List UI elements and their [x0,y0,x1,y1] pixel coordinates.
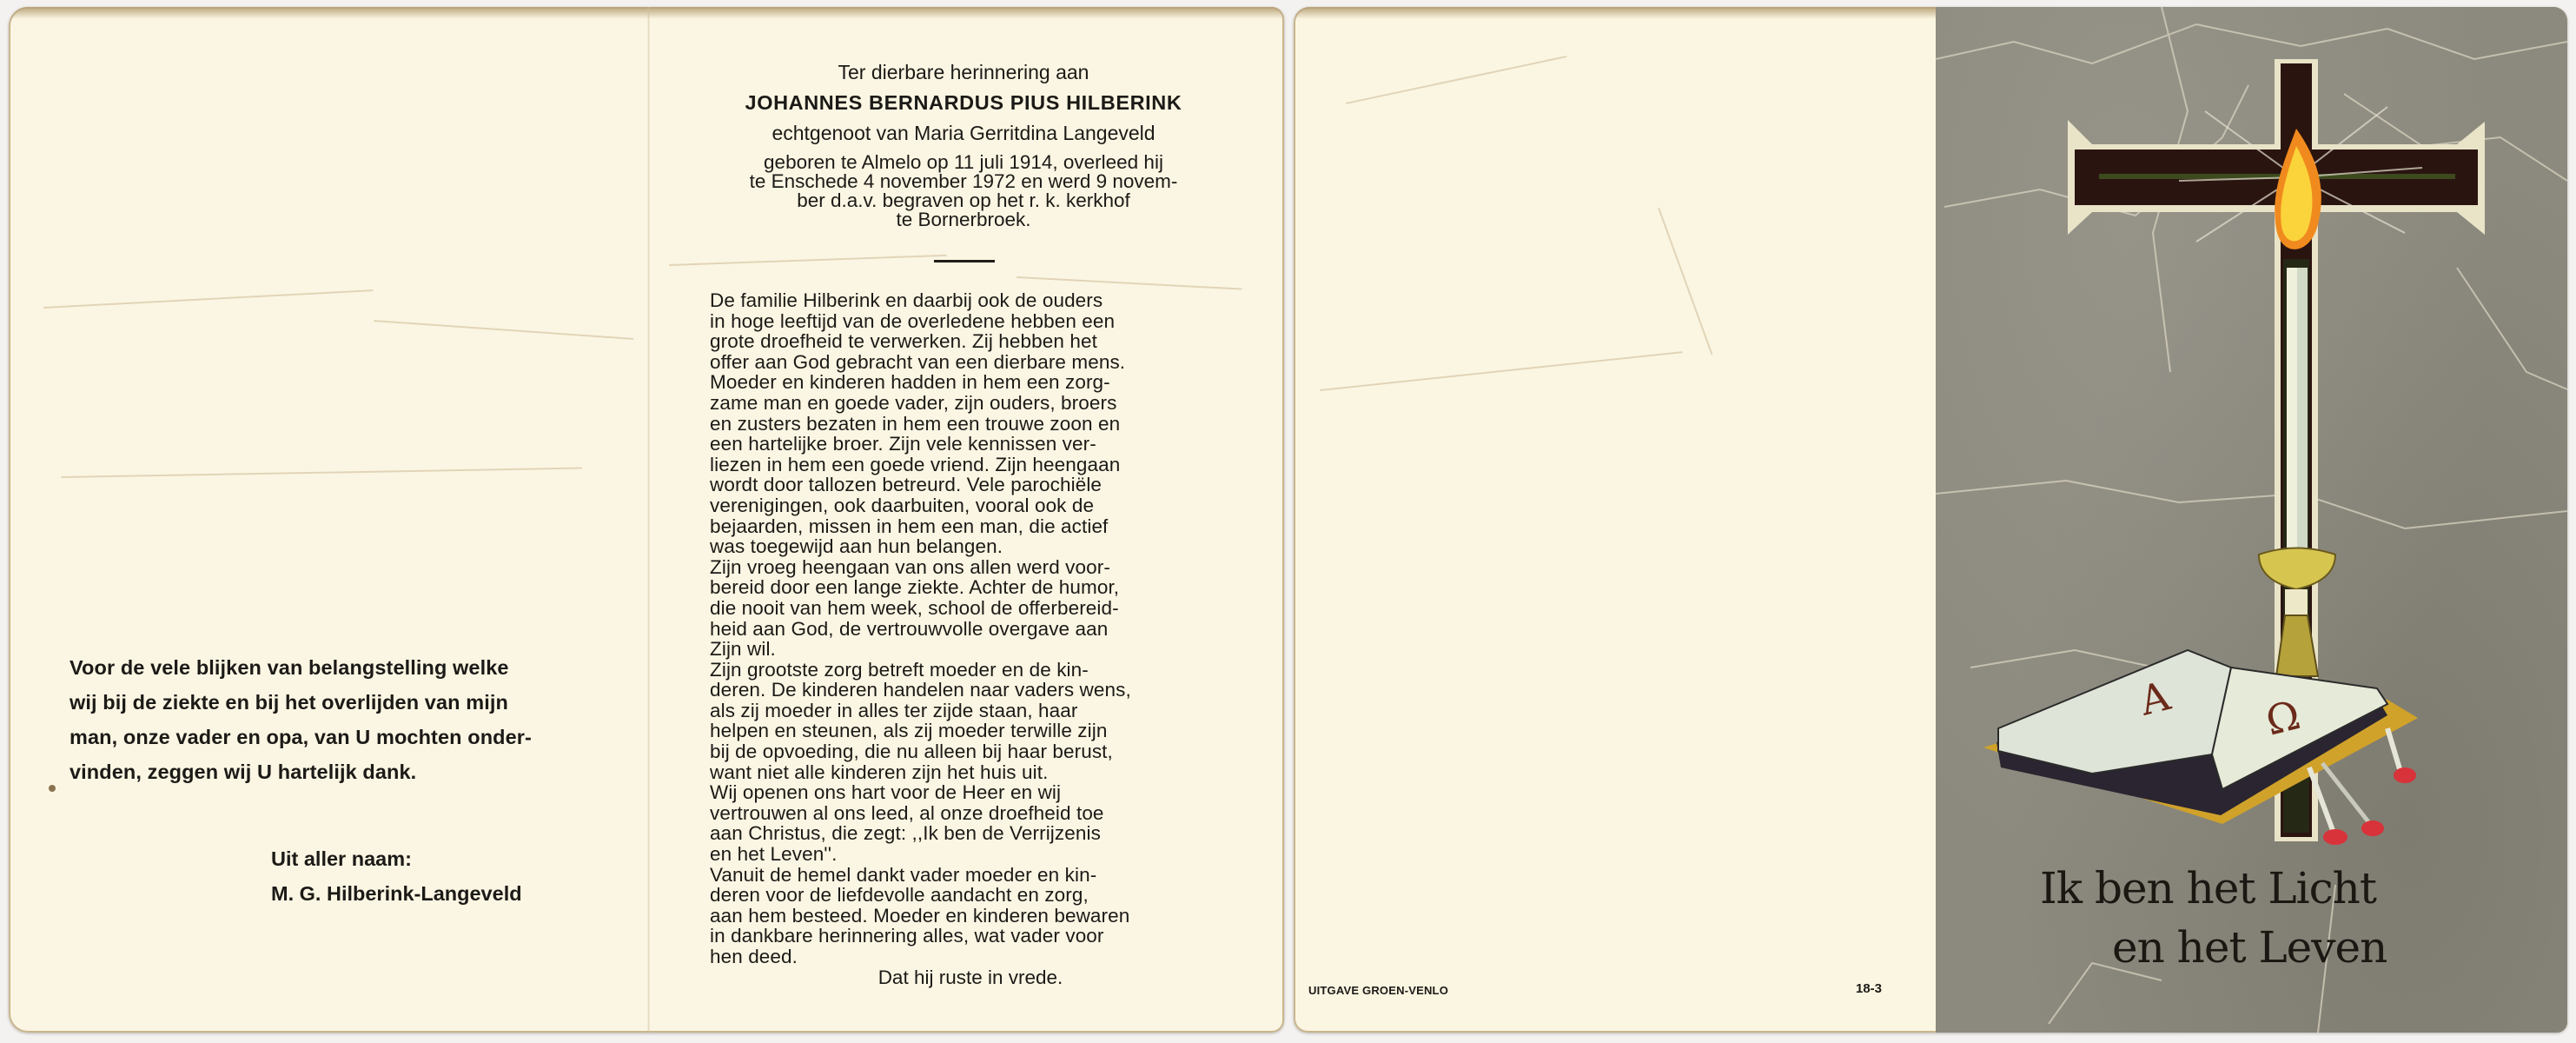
memorial-body-line: aan Christus, die zegt: ,,Ik ben de Verr… [710,823,1216,844]
open-book: Α Ω [1983,650,2418,824]
memorial-body-line: verenigingen, ook daarbuiten, vooral ook… [710,495,1216,516]
memorial-body-line: een hartelijke broer. Zijn vele kennisse… [710,434,1216,455]
memorial-body-line: en het Leven''. [710,844,1216,865]
memorial-body-line: Zijn vroeg heengaan van ons allen werd v… [710,557,1216,578]
signoff-label: Uit aller naam: [271,841,522,876]
paper-edge [9,7,1284,19]
catalog-number: 18-3 [1856,981,1882,996]
motto-line-1: Ik ben het Licht [2040,863,2376,913]
thanks-paragraph: Voor de vele blijken van belangstelling … [70,650,578,789]
paper-crease [1346,56,1567,104]
memorial-body: De familie Hilberink en daarbij ook de o… [710,290,1216,967]
thanks-line: vinden, zeggen wij U hartelijk dank. [70,754,578,789]
memorial-body-line: liezen in hem een goede vriend. Zijn hee… [710,455,1216,475]
candle [2287,268,2308,555]
birth-death-line: ber d.a.v. begraven op het r. k. kerkhof [710,191,1217,210]
spouse-line: echtgenoot van Maria Gerritdina Langevel… [710,118,1217,148]
memorial-header: Ter dierbare herinnering aan JOHANNES BE… [710,57,1217,229]
signoff: Uit aller naam: M. G. Hilberink-Langevel… [271,841,522,911]
cover-panel: Α Ω Ik ben het Licht en het Leven [1936,7,2567,1033]
memorial-body-line: vertrouwen al ons leed, al onze droefhei… [710,803,1216,824]
memorial-body-line: wordt door tallozen betreurd. Vele paroc… [710,475,1216,495]
memorial-body-line: als zij moeder in alles ter zijde staan,… [710,701,1216,721]
paper-crease [669,255,947,266]
deceased-name: JOHANNES BERNARDUS PIUS HILBERINK [710,87,1217,118]
memorial-body-line: bij de opvoeding, die nu alleen bij haar… [710,741,1216,762]
paper-stain [49,785,56,792]
thanks-line: Voor de vele blijken van belangstelling … [70,650,578,685]
thanks-line: wij bij de ziekte en bij het overlijden … [70,685,578,720]
memorial-body-line: Moeder en kinderen hadden in hem een zor… [710,372,1216,393]
birth-death-info: geboren te Almelo op 11 juli 1914, overl… [710,153,1217,229]
section-divider [934,260,995,262]
memorial-body-line: hen deed. [710,947,1216,967]
thanks-line: man, onze vader en opa, van U mochten on… [70,720,578,754]
memorial-body-line: want niet alle kinderen zijn het huis ui… [710,762,1216,783]
birth-death-line: te Enschede 4 november 1972 en werd 9 no… [710,172,1217,191]
memorial-body-line: De familie Hilberink en daarbij ook de o… [710,290,1216,311]
memorial-body-line: Wij openen ons hart voor de Heer en wij [710,782,1216,803]
memorial-body-line: Zijn wil. [710,639,1216,660]
memorial-intro: Ter dierbare herinnering aan [710,57,1217,87]
publisher-imprint: UITGAVE GROEN-VENLO [1308,984,1448,997]
memorial-body-line: was toegewijd aan hun belangen. [710,536,1216,557]
memorial-body-line: in dankbare herinnering alles, wat vader… [710,926,1216,947]
signoff-name: M. G. Hilberink-Langeveld [271,876,522,911]
paper-crease [61,468,582,478]
memorial-body-line: bejaarden, missen in hem een man, die ac… [710,516,1216,537]
memorial-body-line: Vanuit de hemel dankt vader moeder en ki… [710,865,1216,886]
paper-crease [1320,351,1683,391]
fold-line [647,7,650,1033]
motto-line-2: en het Leven [2112,922,2387,973]
memorial-body-line: bereid door een lange ziekte. Achter de … [710,577,1216,598]
memorial-body-line: die nooit van hem week, school de offerb… [710,598,1216,619]
memorial-body-line: in hoge leeftijd van de overledene hebbe… [710,311,1216,332]
memorial-body-line: deren voor de liefdevolle aandacht en zo… [710,885,1216,906]
birth-death-line: te Bornerbroek. [710,210,1217,229]
memorial-body-line: grote droefheid te verwerken. Zij hebben… [710,331,1216,352]
closing-line: Dat hij ruste in vrede. [710,967,1231,989]
memorial-body-line: Zijn grootste zorg betreft moeder en de … [710,660,1216,681]
birth-death-line: geboren te Almelo op 11 juli 1914, overl… [710,153,1217,172]
memorial-body-line: zame man en goede vader, zijn ouders, br… [710,393,1216,414]
memorial-body-line: en zusters bezaten in hem een trouwe zoo… [710,414,1216,435]
memorial-body-line: helpen en steunen, als zij moeder terwil… [710,721,1216,741]
paper-crease [1016,276,1242,290]
paper-crease [43,289,374,309]
candle-holder [2259,548,2335,677]
paper-crease [374,320,633,340]
memorial-body-line: heid aan God, de vertrouwvolle overgave … [710,619,1216,640]
memorial-body-line: offer aan God gebracht van een dierbare … [710,352,1216,373]
paper-crease [1658,208,1712,355]
memorial-body-line: aan hem besteed. Moeder en kinderen bewa… [710,906,1216,927]
memorial-body-line: deren. De kinderen handelen naar vaders … [710,680,1216,701]
